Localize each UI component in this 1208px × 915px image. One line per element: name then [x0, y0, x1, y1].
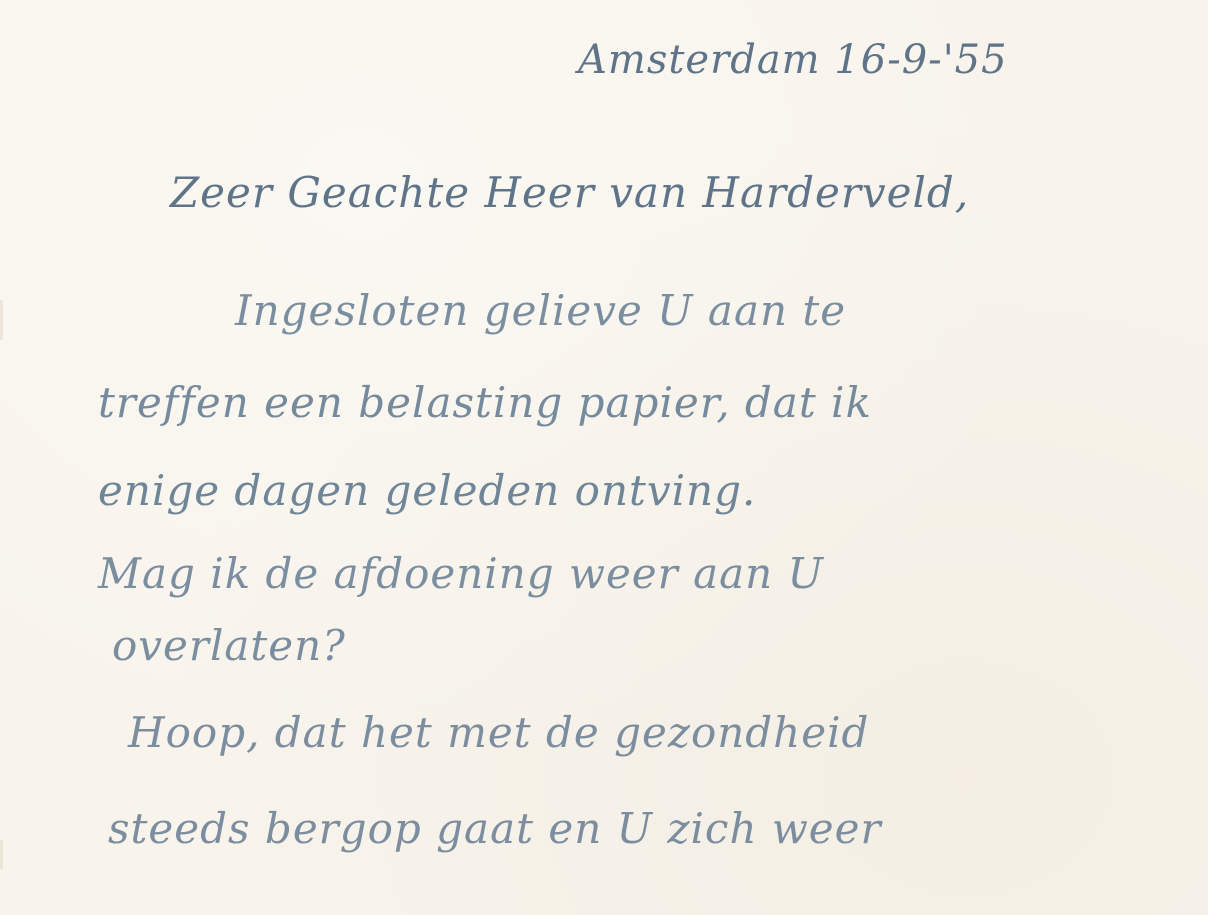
body-line: enige dagen geleden ontving. [98, 470, 756, 512]
letter-page: Amsterdam 16-9-'55 Zeer Geachte Heer van… [0, 0, 1208, 915]
body-line: treffen een belasting papier, dat ik [98, 382, 872, 424]
paper-edge-mark [0, 840, 3, 870]
body-line: Ingesloten gelieve U aan te [235, 290, 846, 332]
paper-edge-mark [0, 300, 3, 340]
place-date: Amsterdam 16-9-'55 [578, 40, 1008, 80]
body-line: steeds bergop gaat en U zich weer [108, 808, 882, 850]
body-line: Mag ik de afdoening weer aan U [98, 553, 824, 595]
body-line: Hoop, dat het met de gezondheid [128, 712, 869, 754]
salutation: Zeer Geachte Heer van Harderveld, [170, 172, 969, 214]
body-line: overlaten? [112, 625, 346, 667]
